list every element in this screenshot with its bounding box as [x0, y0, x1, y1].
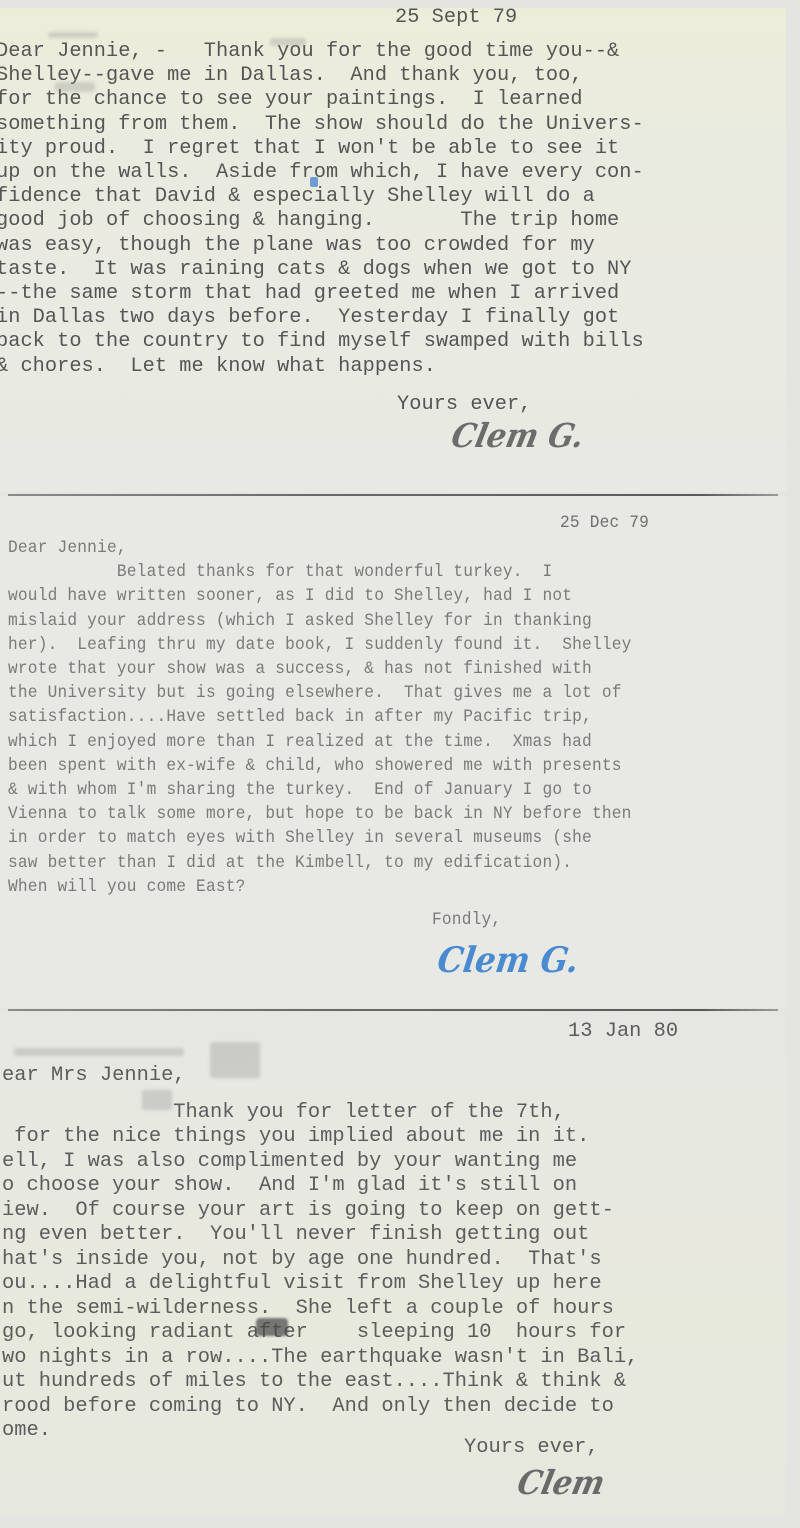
letter-closing: Fondly,: [432, 910, 501, 930]
signature: Clem G.: [448, 417, 588, 456]
letter-line: in order to match eyes with Shelley in s…: [8, 828, 592, 848]
letter-line: rood before coming to NY. And only then …: [2, 1395, 614, 1418]
letter-closing: Yours ever,: [397, 393, 531, 416]
letter-line: good job of choosing & hanging. The trip…: [0, 209, 619, 232]
ink-smudge: [14, 1048, 184, 1056]
sheet-divider: [8, 494, 778, 496]
letter-line: & with whom I'm sharing the turkey. End …: [8, 780, 592, 800]
letter-line: was easy, though the plane was too crowd…: [0, 234, 595, 257]
ink-smudge: [210, 1042, 260, 1078]
letter-line: --the same storm that had greeted me whe…: [0, 282, 619, 305]
letter-line: saw better than I did at the Kimbell, to…: [8, 853, 572, 873]
letter-line: satisfaction....Have settled back in aft…: [8, 707, 592, 727]
ink-smudge: [55, 82, 95, 92]
letter-line: Vienna to talk some more, but hope to be…: [8, 804, 632, 824]
letter-line: would have written sooner, as I did to S…: [8, 586, 572, 606]
letter-line: ou....Had a delightful visit from Shelle…: [2, 1272, 602, 1295]
ink-smudge: [270, 38, 306, 46]
letter-line: her). Leafing thru my date book, I sudde…: [8, 635, 632, 655]
signature: Clem G.: [435, 939, 581, 981]
ink-blot: [256, 1318, 288, 1336]
letter-line: fidence that David & especially Shelley …: [0, 185, 595, 208]
letter-date: 25 Sept 79: [395, 6, 517, 29]
letter-line: ity proud. I regret that I won't be able…: [0, 137, 619, 160]
letter-line: hat's inside you, not by age one hundred…: [2, 1248, 602, 1271]
letter-line: Belated thanks for that wonderful turkey…: [8, 562, 552, 582]
letter-line: wrote that your show was a success, & ha…: [8, 659, 592, 679]
letter-line: the University but is going elsewhere. T…: [8, 683, 622, 703]
letter-line: ng even better. You'll never finish gett…: [2, 1223, 589, 1246]
letter-date: 25 Dec 79: [560, 513, 649, 533]
letter-line: in Dallas two days before. Yesterday I f…: [0, 306, 619, 329]
ink-smudge: [142, 1090, 172, 1110]
ink-smudge: [48, 32, 98, 38]
sheet-divider: [8, 1009, 778, 1011]
letter-line: up on the walls. Aside from which, I hav…: [0, 161, 644, 184]
letter-line: & chores. Let me know what happens.: [0, 355, 436, 378]
letter-line: Dear Jennie, - Thank you for the good ti…: [0, 40, 619, 63]
letter-line: ell, I was also complimented by your wan…: [2, 1150, 577, 1173]
letter-line: Thank you for letter of the 7th,: [2, 1101, 565, 1124]
letter-line: When will you come East?: [8, 877, 246, 897]
letter-line: n the semi-wilderness. She left a couple…: [2, 1297, 614, 1320]
letter-line: Dear Jennie,: [8, 538, 127, 558]
letter-line: ome.: [2, 1419, 51, 1442]
letter-line: iew. Of course your art is going to keep…: [2, 1199, 614, 1222]
letter-line: been spent with ex-wife & child, who sho…: [8, 756, 622, 776]
letter-line: ear Mrs Jennie,: [2, 1064, 186, 1087]
letter-line: taste. It was raining cats & dogs when w…: [0, 258, 631, 281]
letter-closing: Yours ever,: [464, 1436, 599, 1459]
letter-line: mislaid your address (which I asked Shel…: [8, 611, 592, 631]
signature: Clem: [514, 1464, 608, 1503]
letter-line: something from them. The show should do …: [0, 113, 644, 136]
letter-line: ut hundreds of miles to the east....Thin…: [2, 1370, 626, 1393]
letter-line: o choose your show. And I'm glad it's st…: [2, 1174, 577, 1197]
letter-line: back to the country to find myself swamp…: [0, 330, 644, 353]
letter-line: go, looking radiant after sleeping 10 ho…: [2, 1321, 626, 1344]
letter-line: wo nights in a row....The earthquake was…: [2, 1346, 638, 1369]
letter-date: 13 Jan 80: [568, 1020, 678, 1043]
letter-line: which I enjoyed more than I realized at …: [8, 732, 592, 752]
blue-ink-mark: [310, 177, 318, 187]
letter-line: for the nice things you implied about me…: [2, 1125, 589, 1148]
